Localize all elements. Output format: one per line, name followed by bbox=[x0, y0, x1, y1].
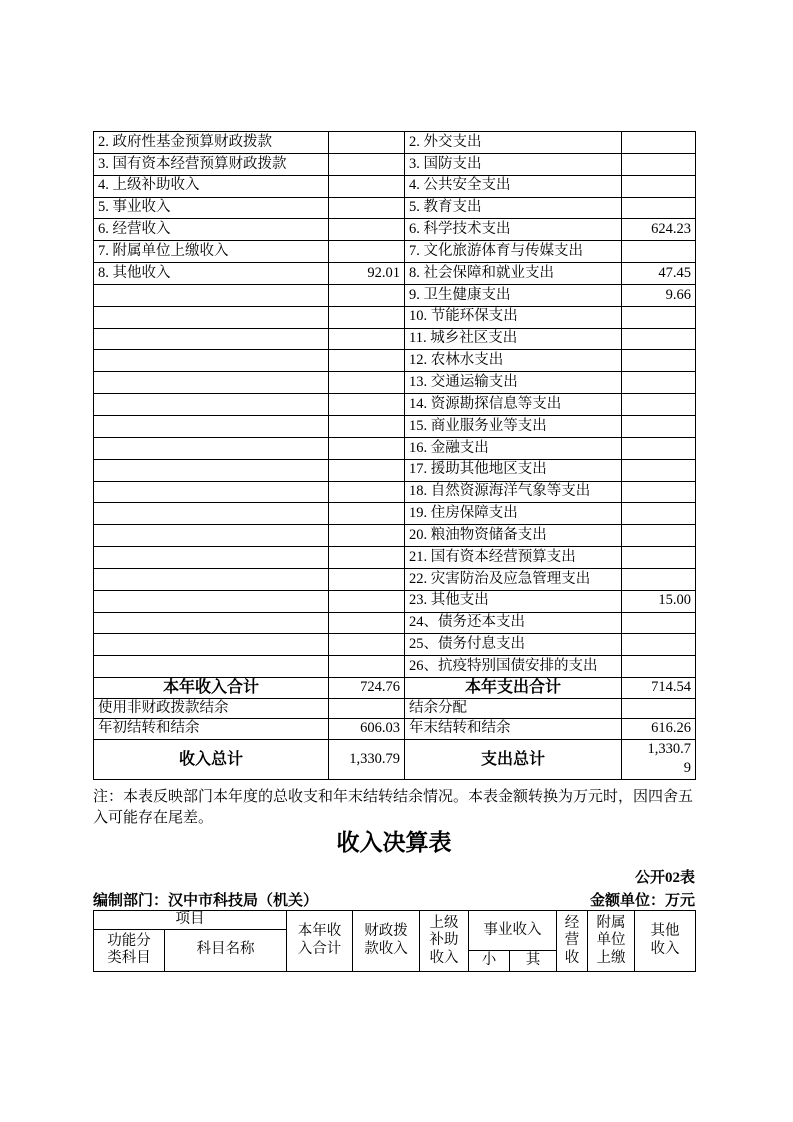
income-item-cell bbox=[94, 612, 329, 634]
expense-value-cell: 47.45 bbox=[622, 263, 696, 285]
header-project: 项目 bbox=[94, 911, 287, 930]
table-row: 14. 资源勘探信息等支出 bbox=[94, 394, 696, 416]
expense-value-cell bbox=[622, 328, 696, 350]
expense-item-cell: 支出总计 bbox=[405, 739, 622, 779]
expense-value-cell: 1,330.7 9 bbox=[622, 739, 696, 779]
header-business-income: 事业收入 bbox=[469, 911, 557, 951]
income-item-cell: 收入总计 bbox=[94, 739, 329, 779]
income-item-cell bbox=[94, 459, 329, 481]
income-item-cell: 3. 国有资本经营预算财政拨款 bbox=[94, 153, 329, 175]
expense-item-cell: 20. 粮油物资储备支出 bbox=[405, 525, 622, 547]
income-item-cell: 7. 附属单位上缴收入 bbox=[94, 241, 329, 263]
expense-value-cell: 15.00 bbox=[622, 590, 696, 612]
expense-item-cell: 年末结转和结余 bbox=[405, 719, 622, 740]
expense-value-cell bbox=[622, 503, 696, 525]
expense-item-cell: 19. 住房保障支出 bbox=[405, 503, 622, 525]
income-item-cell bbox=[94, 525, 329, 547]
expense-value-cell bbox=[622, 547, 696, 569]
expense-value-cell bbox=[622, 459, 696, 481]
income-value-cell bbox=[329, 175, 405, 197]
income-item-cell bbox=[94, 437, 329, 459]
income-value-cell: 92.01 bbox=[329, 263, 405, 285]
expense-item-cell: 4. 公共安全支出 bbox=[405, 175, 622, 197]
income-value-cell bbox=[329, 197, 405, 219]
expense-item-cell: 23. 其他支出 bbox=[405, 590, 622, 612]
income-item-cell bbox=[94, 634, 329, 656]
expense-item-cell: 21. 国有资本经营预算支出 bbox=[405, 547, 622, 569]
income-item-cell bbox=[94, 503, 329, 525]
header-superior-subsidy-income: 上级 补助 收入 bbox=[420, 911, 469, 972]
header-fiscal-allocation-income: 财政拨 款收入 bbox=[353, 911, 420, 972]
table-row: 17. 援助其他地区支出 bbox=[94, 459, 696, 481]
summary-row: 收入总计1,330.79支出总计1,330.7 9 bbox=[94, 739, 696, 779]
table-row: 6. 经营收入6. 科学技术支出624.23 bbox=[94, 219, 696, 241]
expense-item-cell: 5. 教育支出 bbox=[405, 197, 622, 219]
table-row: 23. 其他支出15.00 bbox=[94, 590, 696, 612]
table-row: 11. 城乡社区支出 bbox=[94, 328, 696, 350]
expense-value-cell: 624.23 bbox=[622, 219, 696, 241]
expense-item-cell: 24、债务还本支出 bbox=[405, 612, 622, 634]
income-value-cell bbox=[329, 547, 405, 569]
income-value-cell bbox=[329, 634, 405, 656]
header-operating-income: 经 营 收 bbox=[557, 911, 588, 972]
income-value-cell bbox=[329, 394, 405, 416]
table-row: 20. 粮油物资储备支出 bbox=[94, 525, 696, 547]
table-row: 4. 上级补助收入4. 公共安全支出 bbox=[94, 175, 696, 197]
table-row: 5. 事业收入5. 教育支出 bbox=[94, 197, 696, 219]
table-row: 8. 其他收入92.018. 社会保障和就业支出47.45 bbox=[94, 263, 696, 285]
expense-value-cell bbox=[622, 568, 696, 590]
amount-unit: 金额单位：万元 bbox=[590, 889, 695, 910]
expense-value-cell bbox=[622, 197, 696, 219]
header-annual-income-total: 本年收 入合计 bbox=[287, 911, 353, 972]
expense-item-cell: 3. 国防支出 bbox=[405, 153, 622, 175]
header-subject-name: 科目名称 bbox=[165, 929, 287, 971]
table-meta-row: 编制部门：汉中市科技局（机关） 金额单位：万元 bbox=[93, 889, 695, 910]
expense-item-cell: 17. 援助其他地区支出 bbox=[405, 459, 622, 481]
expense-value-cell bbox=[622, 525, 696, 547]
income-value-cell: 606.03 bbox=[329, 719, 405, 740]
income-value-cell bbox=[329, 132, 405, 154]
summary-row: 本年收入合计724.76本年支出合计714.54 bbox=[94, 678, 696, 699]
table-row: 21. 国有资本经营预算支出 bbox=[94, 547, 696, 569]
expense-item-cell: 6. 科学技术支出 bbox=[405, 219, 622, 241]
income-value-cell bbox=[329, 284, 405, 306]
expense-item-cell: 10. 节能环保支出 bbox=[405, 306, 622, 328]
expense-value-cell bbox=[622, 394, 696, 416]
income-value-cell bbox=[329, 219, 405, 241]
income-item-cell: 5. 事业收入 bbox=[94, 197, 329, 219]
income-value-cell bbox=[329, 415, 405, 437]
expense-value-cell bbox=[622, 132, 696, 154]
income-value-cell bbox=[329, 241, 405, 263]
expense-value-cell bbox=[622, 415, 696, 437]
expense-value-cell bbox=[622, 634, 696, 656]
income-item-cell: 使用非财政拨款结余 bbox=[94, 698, 329, 719]
expense-value-cell bbox=[622, 306, 696, 328]
expense-item-cell: 2. 外交支出 bbox=[405, 132, 622, 154]
income-value-cell bbox=[329, 656, 405, 678]
table-code: 公开02表 bbox=[93, 866, 695, 887]
income-value-cell bbox=[329, 437, 405, 459]
income-value-cell: 1,330.79 bbox=[329, 739, 405, 779]
expense-value-cell: 9.66 bbox=[622, 284, 696, 306]
balance-table: 2. 政府性基金预算财政拨款2. 外交支出3. 国有资本经营预算财政拨款3. 国… bbox=[93, 131, 696, 780]
expense-item-cell: 本年支出合计 bbox=[405, 678, 622, 699]
income-value-cell bbox=[329, 459, 405, 481]
income-item-cell: 2. 政府性基金预算财政拨款 bbox=[94, 132, 329, 154]
prepared-by: 编制部门：汉中市科技局（机关） bbox=[93, 889, 318, 910]
expense-value-cell bbox=[622, 481, 696, 503]
table-row: 13. 交通运输支出 bbox=[94, 372, 696, 394]
expense-value-cell bbox=[622, 656, 696, 678]
income-value-cell bbox=[329, 698, 405, 719]
income-value-cell bbox=[329, 372, 405, 394]
income-value-cell bbox=[329, 153, 405, 175]
expense-item-cell: 9. 卫生健康支出 bbox=[405, 284, 622, 306]
table-row: 26、抗疫特别国债安排的支出 bbox=[94, 656, 696, 678]
expense-item-cell: 结余分配 bbox=[405, 698, 622, 719]
income-item-cell: 4. 上级补助收入 bbox=[94, 175, 329, 197]
expense-item-cell: 26、抗疫特别国债安排的支出 bbox=[405, 656, 622, 678]
expense-item-cell: 18. 自然资源海洋气象等支出 bbox=[405, 481, 622, 503]
income-value-cell bbox=[329, 328, 405, 350]
income-value-cell: 724.76 bbox=[329, 678, 405, 699]
header-business-income-sub2: 其 bbox=[510, 950, 557, 971]
income-item-cell bbox=[94, 394, 329, 416]
page-title: 收入决算表 bbox=[93, 829, 695, 857]
header-functional-code: 功能分 类科目 bbox=[94, 929, 165, 971]
table-row: 16. 金融支出 bbox=[94, 437, 696, 459]
income-value-cell bbox=[329, 503, 405, 525]
table-row: 10. 节能环保支出 bbox=[94, 306, 696, 328]
expense-item-cell: 7. 文化旅游体育与传媒支出 bbox=[405, 241, 622, 263]
expense-value-cell bbox=[622, 698, 696, 719]
header-other-income: 其他 收入 bbox=[635, 911, 696, 972]
income-item-cell bbox=[94, 656, 329, 678]
income-item-cell: 本年收入合计 bbox=[94, 678, 329, 699]
expense-item-cell: 11. 城乡社区支出 bbox=[405, 328, 622, 350]
income-value-cell bbox=[329, 568, 405, 590]
table-row: 24、债务还本支出 bbox=[94, 612, 696, 634]
expense-value-cell bbox=[622, 612, 696, 634]
table-row: 18. 自然资源海洋气象等支出 bbox=[94, 481, 696, 503]
table-row: 9. 卫生健康支出9.66 bbox=[94, 284, 696, 306]
header-business-income-sub1: 小 bbox=[469, 950, 510, 971]
expense-value-cell bbox=[622, 372, 696, 394]
income-item-cell: 6. 经营收入 bbox=[94, 219, 329, 241]
income-item-cell bbox=[94, 328, 329, 350]
table-row: 25、债务付息支出 bbox=[94, 634, 696, 656]
table-row: 3. 国有资本经营预算财政拨款3. 国防支出 bbox=[94, 153, 696, 175]
summary-row: 使用非财政拨款结余结余分配 bbox=[94, 698, 696, 719]
income-item-cell bbox=[94, 284, 329, 306]
income-item-cell bbox=[94, 372, 329, 394]
table-row: 12. 农林水支出 bbox=[94, 350, 696, 372]
income-item-cell bbox=[94, 415, 329, 437]
income-value-cell bbox=[329, 612, 405, 634]
income-item-cell bbox=[94, 306, 329, 328]
expense-item-cell: 12. 农林水支出 bbox=[405, 350, 622, 372]
income-value-cell bbox=[329, 590, 405, 612]
table-row: 22. 灾害防治及应急管理支出 bbox=[94, 568, 696, 590]
table-row: 7. 附属单位上缴收入7. 文化旅游体育与传媒支出 bbox=[94, 241, 696, 263]
summary-row: 年初结转和结余606.03年末结转和结余616.26 bbox=[94, 719, 696, 740]
expense-value-cell bbox=[622, 175, 696, 197]
expense-item-cell: 13. 交通运输支出 bbox=[405, 372, 622, 394]
expense-value-cell bbox=[622, 437, 696, 459]
table-row: 2. 政府性基金预算财政拨款2. 外交支出 bbox=[94, 132, 696, 154]
income-value-cell bbox=[329, 306, 405, 328]
income-value-cell bbox=[329, 350, 405, 372]
income-item-cell: 8. 其他收入 bbox=[94, 263, 329, 285]
expense-item-cell: 25、债务付息支出 bbox=[405, 634, 622, 656]
income-table: 项目 本年收 入合计 财政拨 款收入 上级 补助 收入 事业收入 经 营 收 附… bbox=[93, 910, 696, 972]
expense-item-cell: 8. 社会保障和就业支出 bbox=[405, 263, 622, 285]
expense-value-cell bbox=[622, 153, 696, 175]
table-row: 15. 商业服务业等支出 bbox=[94, 415, 696, 437]
document-page: 2. 政府性基金预算财政拨款2. 外交支出3. 国有资本经营预算财政拨款3. 国… bbox=[0, 0, 793, 1122]
income-item-cell: 年初结转和结余 bbox=[94, 719, 329, 740]
income-item-cell bbox=[94, 481, 329, 503]
header-affiliated-unit-remittance: 附属 单位 上缴 bbox=[588, 911, 635, 972]
expense-value-cell bbox=[622, 350, 696, 372]
expense-value-cell bbox=[622, 241, 696, 263]
expense-item-cell: 16. 金融支出 bbox=[405, 437, 622, 459]
income-value-cell bbox=[329, 481, 405, 503]
expense-value-cell: 714.54 bbox=[622, 678, 696, 699]
expense-item-cell: 15. 商业服务业等支出 bbox=[405, 415, 622, 437]
income-table-header-row-1: 项目 本年收 入合计 财政拨 款收入 上级 补助 收入 事业收入 经 营 收 附… bbox=[94, 911, 696, 930]
table-row: 19. 住房保障支出 bbox=[94, 503, 696, 525]
income-item-cell bbox=[94, 590, 329, 612]
income-item-cell bbox=[94, 547, 329, 569]
expense-item-cell: 22. 灾害防治及应急管理支出 bbox=[405, 568, 622, 590]
income-item-cell bbox=[94, 350, 329, 372]
expense-item-cell: 14. 资源勘探信息等支出 bbox=[405, 394, 622, 416]
table-note: 注：本表反映部门本年度的总收支和年末结转结余情况。本表金额转换为万元时，因四舍五… bbox=[93, 787, 702, 828]
income-item-cell bbox=[94, 568, 329, 590]
expense-value-cell: 616.26 bbox=[622, 719, 696, 740]
income-value-cell bbox=[329, 525, 405, 547]
